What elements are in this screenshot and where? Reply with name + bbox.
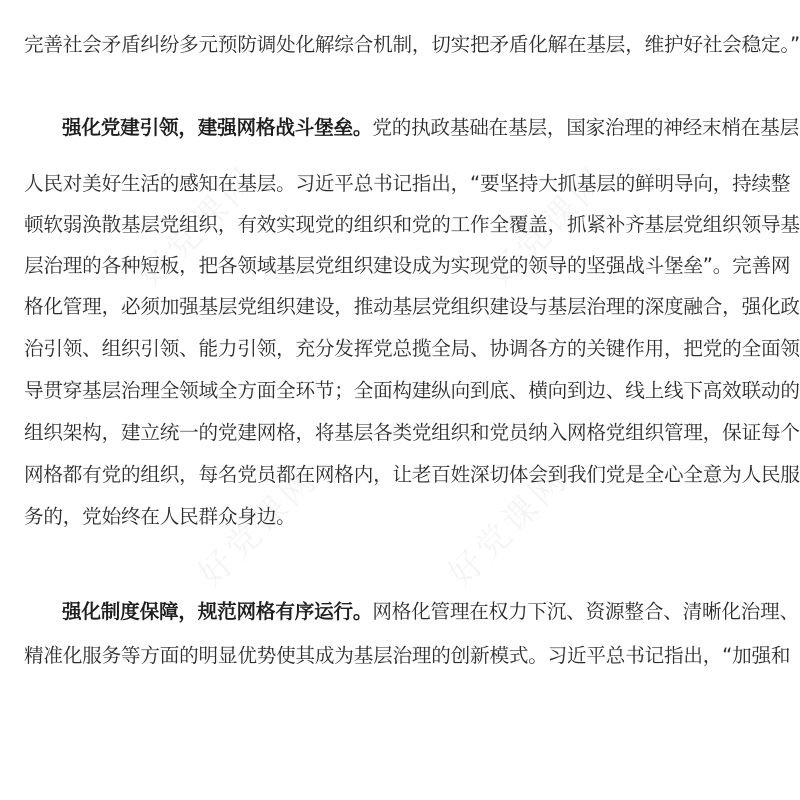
paragraph-line: 导贯穿基层治理全领域全方面全环节；全面构建纵向到底、横向到边、线上线下高效联动的 xyxy=(24,377,784,405)
paragraph-line: 人民对美好生活的感知在基层。习近平总书记指出，“要坚持大抓基层的鲜明导向，持续整 xyxy=(24,170,784,198)
paragraph-line: 强化制度保障，规范网格有序运行。网格化管理在权力下沉、资源整合、清晰化治理、 xyxy=(62,598,784,626)
paragraph-line: 精准化服务等方面的明显优势使其成为基层治理的创新模式。习近平总书记指出，“加强和 xyxy=(24,642,784,670)
paragraph-line: 务的，党始终在人民群众身边。 xyxy=(24,503,784,531)
paragraph-line: 格化管理，必须加强基层党组织建设，推动基层党组织建设与基层治理的深度融合，强化政 xyxy=(24,293,784,321)
section-heading: 强化党建引领，建强网格战斗堡垒。 xyxy=(62,116,372,139)
paragraph-line: 治引领、组织引领、能力引领，充分发挥党总揽全局、协调各方的关键作用，把党的全面领 xyxy=(24,335,784,363)
document-page: 好党课网 好党课网 好党课网 好党课网 完善社会矛盾纠纷多元预防调处化解综合机制… xyxy=(0,0,800,800)
paragraph-text: 党的执政基础在基层，国家治理的神经末梢在基层， xyxy=(372,116,800,139)
paragraph-text: 网格化管理在权力下沉、资源整合、清晰化治理、 xyxy=(372,600,799,623)
paragraph-line: 完善社会矛盾纠纷多元预防调处化解综合机制，切实把矛盾化解在基层，维护好社会稳定。… xyxy=(24,31,784,59)
paragraph-line: 强化党建引领，建强网格战斗堡垒。党的执政基础在基层，国家治理的神经末梢在基层， xyxy=(62,114,784,142)
paragraph-line: 网格都有党的组织，每名党员都在网格内，让老百姓深切体会到我们党是全心全意为人民服 xyxy=(24,461,784,489)
paragraph-line: 组织架构，建立统一的党建网格，将基层各类党组织和党员纳入网格党组织管理，保证每个 xyxy=(24,419,784,447)
paragraph-line: 层治理的各种短板，把各领域基层党组织建设成为实现党的领导的坚强战斗堡垒”。完善网 xyxy=(24,252,784,280)
section-heading: 强化制度保障，规范网格有序运行。 xyxy=(62,600,372,623)
paragraph-line: 顿软弱涣散基层党组织，有效实现党的组织和党的工作全覆盖，抓紧补齐基层党组织领导基 xyxy=(24,211,784,239)
